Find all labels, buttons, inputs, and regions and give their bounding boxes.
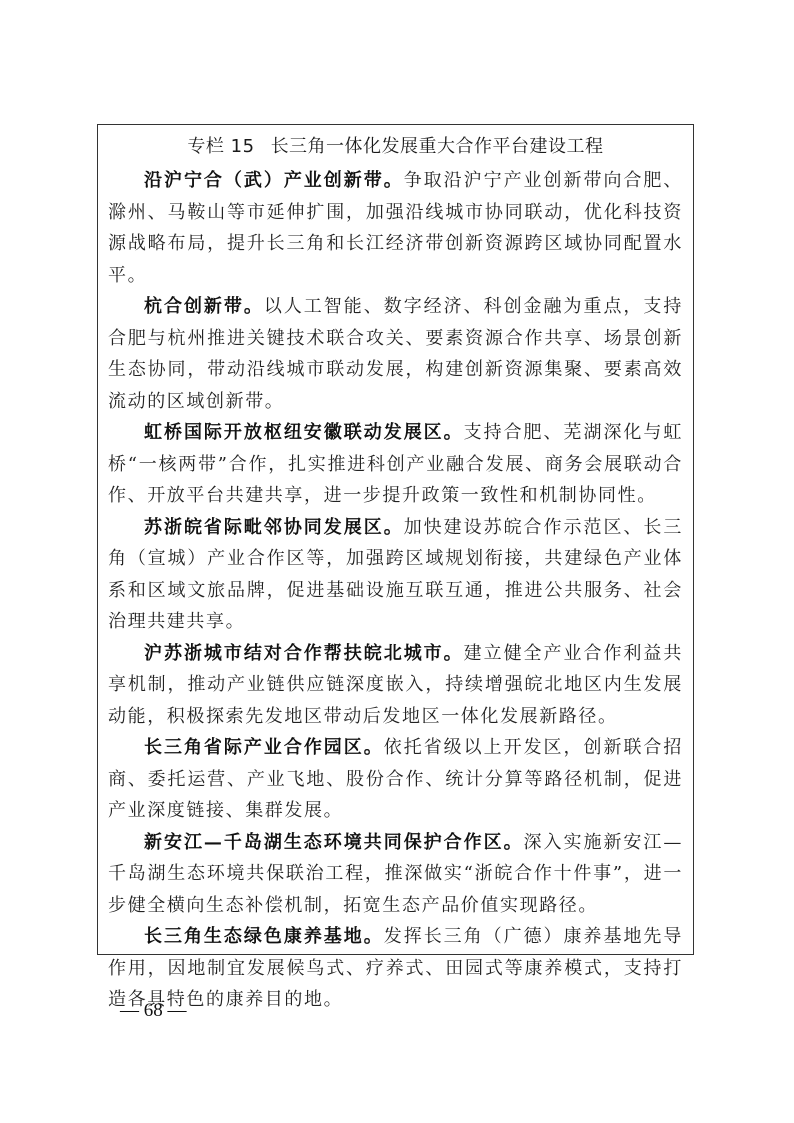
section-paragraph: 沿沪宁合（武）产业创新带。争取沿沪宁产业创新带向合肥、滁州、马鞍山等市延伸扩围，… (108, 165, 683, 291)
section-heading: 苏浙皖省际毗邻协同发展区。 (144, 517, 404, 538)
section-paragraph: 长三角生态绿色康养基地。发挥长三角（广德）康养基地先导作用，因地制宜发展候鸟式、… (108, 921, 683, 1016)
section-heading: 沪苏浙城市结对合作帮扶皖北城市。 (144, 643, 464, 664)
section-heading: 长三角生态绿色康养基地。 (144, 926, 384, 947)
feature-box: 专栏 15长三角一体化发展重大合作平台建设工程 沿沪宁合（武）产业创新带。争取沿… (97, 124, 694, 955)
box-title-prefix: 专栏 15 (187, 136, 254, 157)
section-paragraph: 杭合创新带。以人工智能、数字经济、科创金融为重点，支持合肥与杭州推进关键技术联合… (108, 291, 683, 417)
section-heading: 杭合创新带。 (144, 296, 264, 317)
section-paragraph: 长三角省际产业合作园区。依托省级以上开发区，创新联合招商、委托运营、产业飞地、股… (108, 732, 683, 827)
box-title-text: 长三角一体化发展重大合作平台建设工程 (271, 136, 604, 157)
page-number: — 68 — (120, 1000, 187, 1022)
section-paragraph: 苏浙皖省际毗邻协同发展区。加快建设苏皖合作示范区、长三角（宣城）产业合作区等，加… (108, 512, 683, 638)
section-paragraph: 虹桥国际开放枢纽安徽联动发展区。支持合肥、芜湖深化与虹桥“一核两带”合作，扎实推… (108, 417, 683, 512)
section-paragraph: 沪苏浙城市结对合作帮扶皖北城市。建立健全产业合作利益共享机制，推动产业链供应链深… (108, 638, 683, 733)
box-title: 专栏 15长三角一体化发展重大合作平台建设工程 (108, 129, 683, 165)
section-heading: 虹桥国际开放枢纽安徽联动发展区。 (144, 422, 464, 443)
section-paragraph: 新安江—千岛湖生态环境共同保护合作区。深入实施新安江—千岛湖生态环境共保联治工程… (108, 827, 683, 922)
section-heading: 长三角省际产业合作园区。 (144, 737, 384, 758)
section-heading: 沿沪宁合（武）产业创新带。 (144, 170, 404, 191)
section-heading: 新安江—千岛湖生态环境共同保护合作区。 (144, 832, 524, 853)
